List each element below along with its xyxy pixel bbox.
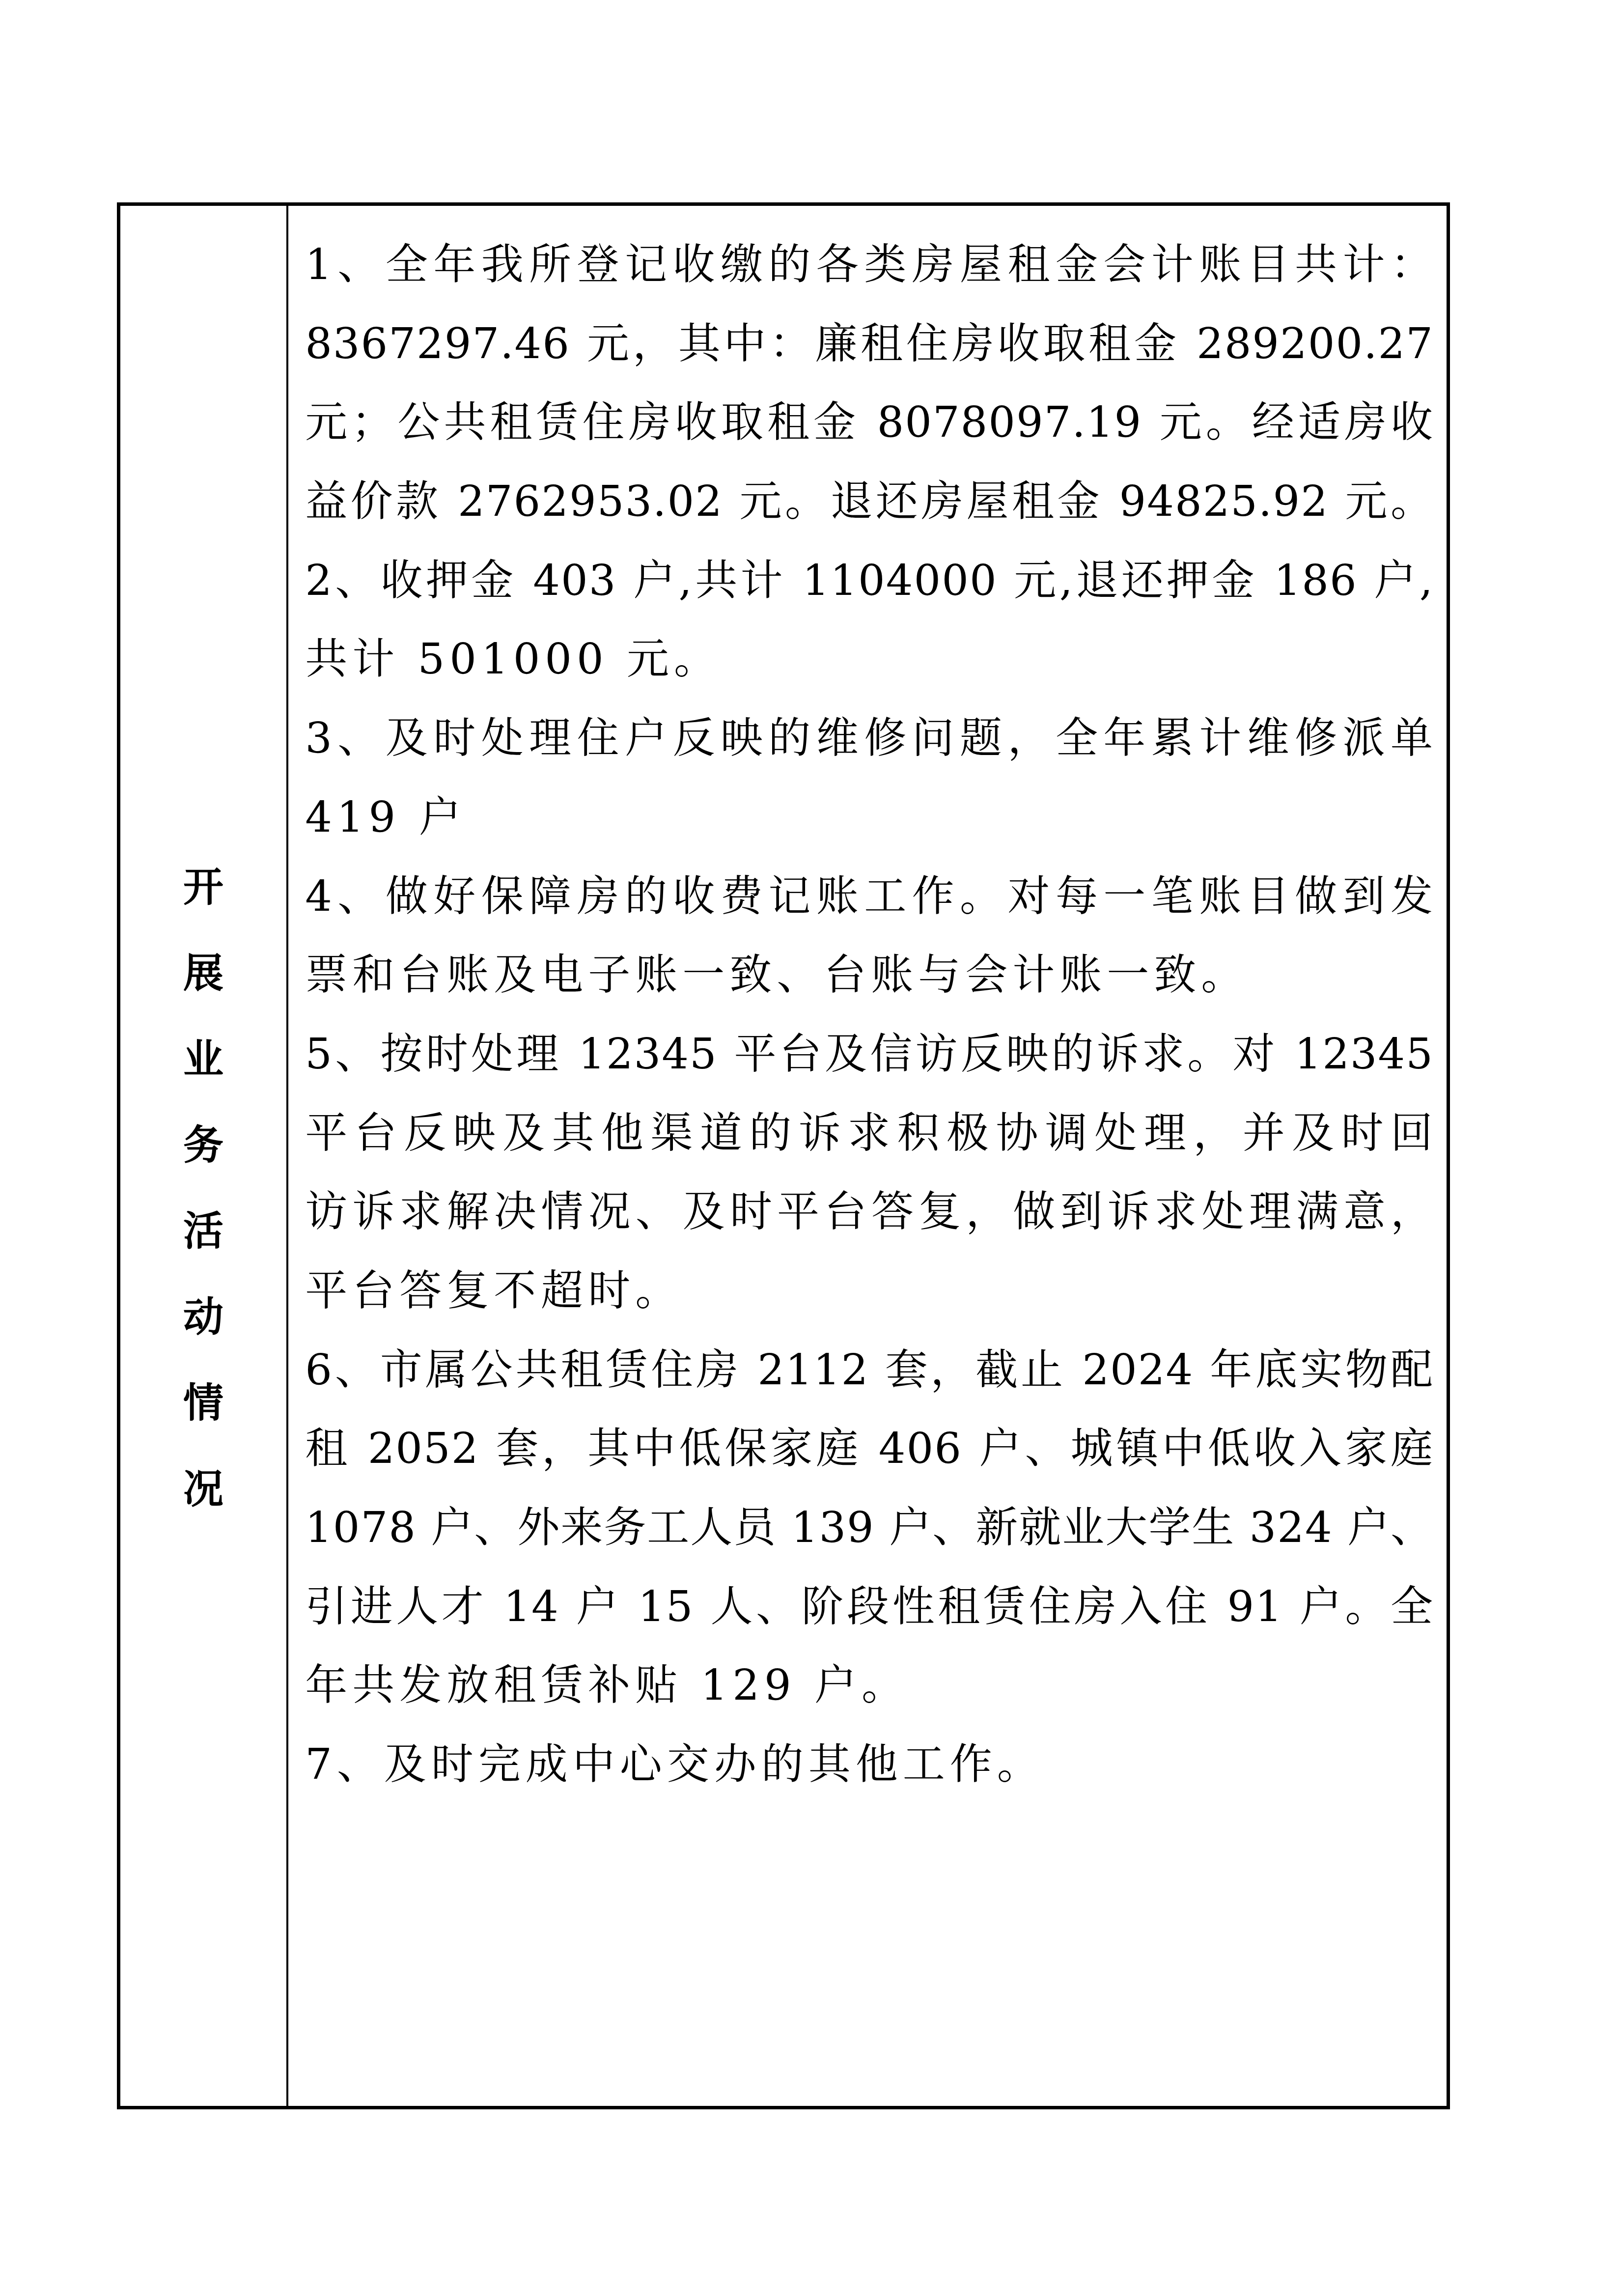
label-char: 务 [174,1102,233,1188]
activity-table: 开 展 业 务 活 动 情 况 1、全年我所登记收缴的各类房屋租金会计账目共计：… [117,202,1450,2109]
text-line: 元；公共租赁住房收取租金 8078097.19 元。经适房收 [305,383,1434,462]
item-6-public-rental-housing: 6、市属公共租赁住房 2112 套，截止 2024 年底实物配 租 2052 套… [305,1331,1434,1725]
text-line: 益价款 2762953.02 元。退还房屋租金 94825.92 元。 [305,462,1434,541]
text-line: 1078 户、外来务工人员 139 户、新就业大学生 324 户、 [305,1488,1434,1568]
text-line: 5、按时处理 12345 平台及信访反映的诉求。对 12345 [305,1015,1434,1094]
text-line: 票和台账及电子账一致、台账与会计账一致。 [305,936,1434,1015]
label-char: 动 [174,1274,233,1360]
item-1-rent-accounts: 1、全年我所登记收缴的各类房屋租金会计账目共计： 8367297.46 元，其中… [305,225,1434,541]
text-line: 4、做好保障房的收费记账工作。对每一笔账目做到发 [305,857,1434,936]
label-cell: 开 展 业 务 活 动 情 况 [120,206,288,2106]
item-5-complaints: 5、按时处理 12345 平台及信访反映的诉求。对 12345 平台反映及其他渠… [305,1015,1434,1331]
text-line: 引进人才 14 户 15 人、阶段性租赁住房入住 91 户。全 [305,1568,1434,1647]
text-line: 平台反映及其他渠道的诉求积极协调处理，并及时回 [305,1094,1434,1173]
text-line: 8367297.46 元，其中：廉租住房收取租金 289200.27 [305,305,1434,384]
text-line: 2、收押金 403 户,共计 1104000 元,退还押金 186 户, [305,541,1434,620]
label-char: 开 [174,844,233,930]
text-line: 共计 501000 元。 [305,620,1434,699]
item-7-other-work: 7、及时完成中心交办的其他工作。 [305,1725,1434,1804]
text-line: 1、全年我所登记收缴的各类房屋租金会计账目共计： [305,225,1434,305]
text-line: 租 2052 套，其中低保家庭 406 户、城镇中低收入家庭 [305,1409,1434,1488]
text-line: 访诉求解决情况、及时平台答复，做到诉求处理满意， [305,1173,1434,1252]
text-line: 7、及时完成中心交办的其他工作。 [305,1725,1434,1804]
label-char: 活 [174,1188,233,1274]
content-cell: 1、全年我所登记收缴的各类房屋租金会计账目共计： 8367297.46 元，其中… [288,206,1447,2106]
label-char: 业 [174,1016,233,1102]
text-line: 6、市属公共租赁住房 2112 套，截止 2024 年底实物配 [305,1331,1434,1410]
item-4-bookkeeping: 4、做好保障房的收费记账工作。对每一笔账目做到发 票和台账及电子账一致、台账与会… [305,857,1434,1015]
item-2-deposits: 2、收押金 403 户,共计 1104000 元,退还押金 186 户, 共计 … [305,541,1434,699]
text-line: 平台答复不超时。 [305,1252,1434,1331]
text-line: 3、及时处理住户反映的维修问题，全年累计维修派单 [305,699,1434,778]
item-3-repairs: 3、及时处理住户反映的维修问题，全年累计维修派单 419 户 [305,699,1434,857]
label-char: 情 [174,1360,233,1446]
text-line: 年共发放租赁补贴 129 户。 [305,1646,1434,1725]
label-char: 展 [174,930,233,1016]
document-page: 开 展 业 务 活 动 情 况 1、全年我所登记收缴的各类房屋租金会计账目共计：… [0,0,1616,2296]
label-char: 况 [174,1446,233,1532]
text-line: 419 户 [305,778,1434,857]
vertical-label: 开 展 业 务 活 动 情 况 [120,844,286,1532]
